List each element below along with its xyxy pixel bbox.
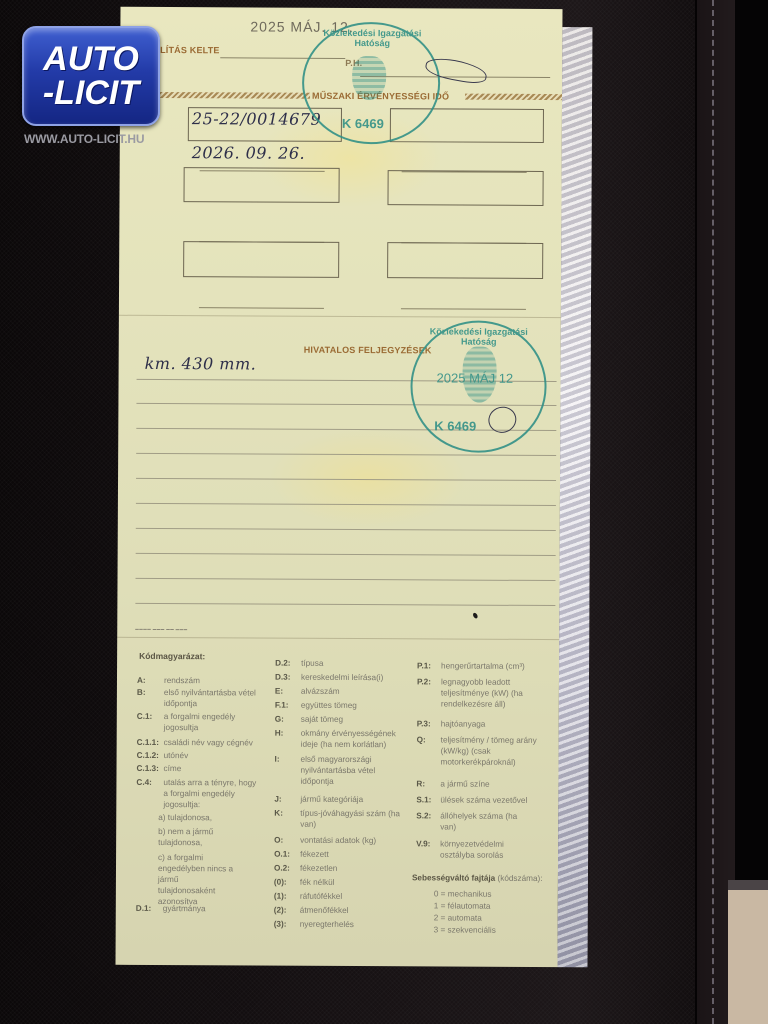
- legend-code: O.1:: [274, 849, 290, 860]
- gearbox-item: 1 = félautomata: [434, 900, 491, 911]
- stamp-ring-text: Közlekedési Igazgatási Hatóság: [423, 326, 535, 347]
- note-line: [136, 503, 556, 506]
- legend-row: C.1.3:címe: [136, 763, 158, 774]
- speck: [472, 612, 478, 619]
- stamp-code: K 6469: [434, 418, 476, 433]
- line-6: [401, 308, 526, 310]
- legend-text: teljesítmény / tömeg arány (kW/kg) (csak…: [441, 734, 541, 768]
- logo-line-1: AUTO: [43, 42, 139, 76]
- stamp-date: 2025 MÁJ 12: [437, 370, 514, 385]
- legend-code: P.3:: [417, 718, 431, 729]
- note-line: [136, 478, 556, 481]
- legend-code: B:: [137, 687, 146, 698]
- legend-code: A:: [137, 675, 146, 686]
- legend-text: típusa: [301, 658, 323, 669]
- legend-code: F.1:: [275, 700, 289, 711]
- rope-border-left: [160, 92, 310, 99]
- legend-row: F.1:együttes tömeg: [275, 700, 289, 711]
- note-line: [136, 528, 556, 531]
- fold-line-1: [119, 315, 561, 318]
- legend-code: (1):: [274, 891, 287, 902]
- legend-code: S.2:: [416, 810, 431, 821]
- legend-text: utónév: [164, 750, 189, 761]
- legend-code: P.2:: [417, 676, 431, 687]
- gearbox-title: Sebességváltó fajtája: [412, 873, 495, 882]
- legend-text: környezetvédelmi osztályba sorolás: [440, 838, 530, 860]
- gearbox-title-row: Sebességváltó fajtája (kódszáma):: [412, 872, 543, 884]
- legend-text: gyártmánya: [163, 903, 206, 914]
- legend-code: (2):: [274, 905, 287, 916]
- legend-text: nyeregterhelés: [300, 919, 354, 930]
- blank-box-2: [183, 167, 339, 203]
- legend-text: vontatási adatok (kg): [300, 835, 376, 846]
- stamp-ring-text: Közlekedési Igazgatási Hatóság: [316, 28, 428, 49]
- legend-column-2: D.2:típusa D.3:kereskedelmi leírása(i) E…: [274, 658, 416, 959]
- legend-row: (3):nyeregterhelés: [274, 919, 287, 930]
- logo-line-2: -LICIT: [43, 76, 139, 110]
- blank-box-4: [183, 241, 339, 278]
- legend-text: okmány érvényességének ideje (ha nem kor…: [301, 728, 411, 751]
- notes-title: HIVATALOS FELJEGYZÉSEK: [304, 345, 432, 356]
- legend-column-3: P.1:hengerűrtartalma (cm³) P.2:legnagyob…: [416, 660, 560, 961]
- legend-text: jármű kategóriája: [300, 794, 363, 805]
- legend-row: G:saját tömeg: [275, 714, 284, 725]
- legend-code: I:: [275, 754, 280, 765]
- legend-code: D.2:: [275, 658, 291, 669]
- legend-text: ráfutófékkel: [300, 891, 342, 902]
- legend-code: J:: [274, 794, 281, 805]
- legend-code: S.1:: [416, 794, 431, 805]
- legend-row: H:okmány érvényességének ideje (ha nem k…: [275, 728, 284, 739]
- legend-text: a forgalmi engedély jogosultja: [164, 711, 264, 734]
- legend-text: rendszám: [164, 675, 200, 686]
- legend-text: címe: [163, 763, 181, 774]
- legend-row: C.1.2:utónév: [137, 750, 159, 761]
- seat-edge: [695, 0, 737, 1024]
- legend-row: E:alvázszám: [275, 686, 283, 697]
- note-line: [135, 603, 555, 606]
- document-paper: 2025 MÁJ. 12. KIÁLLÍTÁS KELTE P.H. MŰSZA…: [115, 7, 562, 967]
- legend-text: b) nem a jármű tulajdonosa,: [158, 826, 228, 848]
- legend-code: C.1:: [137, 711, 153, 722]
- legend-row: K:típus-jóváhagyási szám (ha van): [274, 808, 283, 819]
- seat-stitching: [712, 0, 714, 1024]
- legend-row: D.1:gyártmánya: [136, 903, 152, 914]
- handwritten-note: km. 430 mm.: [145, 354, 257, 374]
- legend-code: D.3:: [275, 672, 291, 683]
- legend-text: családi név vagy cégnév: [164, 737, 253, 748]
- gearbox-item: 2 = automata: [434, 912, 482, 923]
- legend-row: D.2:típusa: [275, 658, 291, 669]
- coat-of-arms-icon: [352, 56, 386, 100]
- legend-code: O.2:: [274, 863, 290, 874]
- fold-line-2: [117, 637, 559, 640]
- legend-row: (1):ráfutófékkel: [274, 891, 287, 902]
- legend-text: átmenőfékkel: [300, 905, 349, 916]
- legend-row: P.2:legnagyobb leadott teljesítménye (kW…: [417, 676, 431, 687]
- legend-row: C.4:utalás arra a tényre, hogy a forgalm…: [136, 777, 152, 788]
- legend-code: P.1:: [417, 660, 431, 671]
- legend-code: E:: [275, 686, 283, 697]
- legend-row: J:jármű kategóriája: [274, 794, 281, 805]
- gearbox-title-suffix: (kódszáma):: [497, 874, 542, 883]
- legend-text: hengerűrtartalma (cm³): [441, 660, 525, 671]
- legend-row: S.2:állóhelyek száma (ha van): [416, 810, 431, 821]
- blank-box-3: [387, 170, 543, 206]
- legend-text: saját tömeg: [301, 714, 343, 725]
- legend-row: O:vontatási adatok (kg): [274, 835, 283, 846]
- line-5: [199, 307, 324, 309]
- legend-row: O.2:fékezetlen: [274, 863, 290, 874]
- dark-gap: [735, 0, 768, 880]
- handwritten-reference: 25-22/0014679: [192, 109, 321, 129]
- legend-row: D.3:kereskedelmi leírása(i): [275, 672, 291, 683]
- legend-column-1: A:rendszám B:első nyilvántartásba vétel …: [135, 669, 277, 970]
- legend-title: Kódmagyarázat:: [139, 651, 205, 661]
- legend-row: C.1:a forgalmi engedély jogosultja: [137, 711, 153, 722]
- legend-row: (0):fék nélkül: [274, 877, 287, 888]
- legend-text: alvázszám: [301, 686, 340, 697]
- watermark-url: WWW.AUTO-LICIT.HU: [24, 132, 144, 146]
- gearbox-item: 0 = mechanikus: [434, 888, 492, 899]
- auto-licit-logo: AUTO -LICIT: [22, 26, 160, 126]
- legend-code: G:: [275, 714, 284, 725]
- hologram-strip: [557, 27, 592, 967]
- legend-code: C.1.3:: [136, 763, 158, 774]
- legend-row: A:rendszám: [137, 675, 146, 686]
- legend-code: (0):: [274, 877, 287, 888]
- legend-text: utalás arra a tényre, hogy a forgalmi en…: [163, 777, 261, 811]
- legend-row: O.1:fékezett: [274, 849, 290, 860]
- rope-border-right: [465, 94, 562, 101]
- blank-box-5: [387, 242, 543, 279]
- registration-document: 2025 MÁJ. 12. KIÁLLÍTÁS KELTE P.H. MŰSZA…: [115, 7, 592, 967]
- legend-code: C.4:: [136, 777, 152, 788]
- legend-text: első nyilvántartásba vétel időpontja: [164, 687, 276, 710]
- legend-row: (2):átmenőfékkel: [274, 905, 287, 916]
- legend-text: fékezetlen: [300, 863, 337, 874]
- legend-row: S.1:ülések száma vezetővel: [416, 794, 431, 805]
- stamp-code: K 6469: [342, 116, 384, 131]
- note-line: [136, 578, 556, 581]
- legend-code: O:: [274, 835, 283, 846]
- legend-text: ülések száma vezetővel: [440, 794, 527, 805]
- legend-code: C.1.2:: [137, 750, 159, 761]
- legend-text: típus-jóváhagyási szám (ha van): [300, 808, 400, 831]
- legend-row: V.9:környezetvédelmi osztályba sorolás: [416, 838, 430, 849]
- legend-text: c) a forgalmi engedélyben nincs a jármű …: [158, 852, 238, 907]
- authority-stamp-notes: Közlekedési Igazgatási Hatóság 2025 MÁJ …: [410, 320, 547, 453]
- legend-text: fék nélkül: [300, 877, 335, 888]
- legend-code: (3):: [274, 919, 287, 930]
- gearbox-item: 3 = szekvenciális: [434, 924, 496, 935]
- legend-row: C.1.1:családi név vagy cégnév: [137, 737, 159, 748]
- legend-code: H:: [275, 728, 284, 739]
- note-line: [136, 453, 556, 456]
- legend-row: P.3:hajtóanyaga: [417, 718, 431, 729]
- floor: [728, 890, 768, 1024]
- legend-code: C.1.1:: [137, 737, 159, 748]
- legend-code: V.9:: [416, 838, 430, 849]
- authority-stamp-top: Közlekedési Igazgatási Hatóság K 6469: [302, 22, 441, 145]
- legend-text: legnagyobb leadott teljesítménye (kW) (h…: [441, 676, 549, 710]
- legend-text: a jármű színe: [440, 778, 489, 789]
- legend-text: a) tulajdonosa,: [158, 812, 212, 823]
- legend-row: Q:teljesítmény / tömeg arány (kW/kg) (cs…: [417, 734, 426, 745]
- legend-text: kereskedelmi leírása(i): [301, 672, 383, 683]
- legend-code: R:: [416, 778, 425, 789]
- note-line: [136, 553, 556, 556]
- legend-code: K:: [274, 808, 283, 819]
- print-code: ▬▬▬▬ ▬▬▬ ▬▬ ▬▬▬: [135, 627, 187, 631]
- legend-text: első magyarországi nyilvántartásba vétel…: [300, 754, 400, 788]
- legend-row: P.1:hengerűrtartalma (cm³): [417, 660, 431, 671]
- legend-text: fékezett: [300, 849, 329, 860]
- legend-text: állóhelyek száma (ha van): [440, 810, 530, 832]
- legend-row: R:a jármű színe: [416, 778, 425, 789]
- legend-text: hajtóanyaga: [441, 718, 486, 729]
- legend-code: D.1:: [136, 903, 152, 914]
- legend-code: Q:: [417, 734, 426, 745]
- legend-row: B:első nyilvántartásba vétel időpontja: [137, 687, 146, 698]
- handwritten-validity-date: 2026. 09. 26.: [192, 143, 305, 163]
- legend-row: I:első magyarországi nyilvántartásba vét…: [275, 754, 280, 765]
- legend-text: együttes tömeg: [301, 700, 357, 711]
